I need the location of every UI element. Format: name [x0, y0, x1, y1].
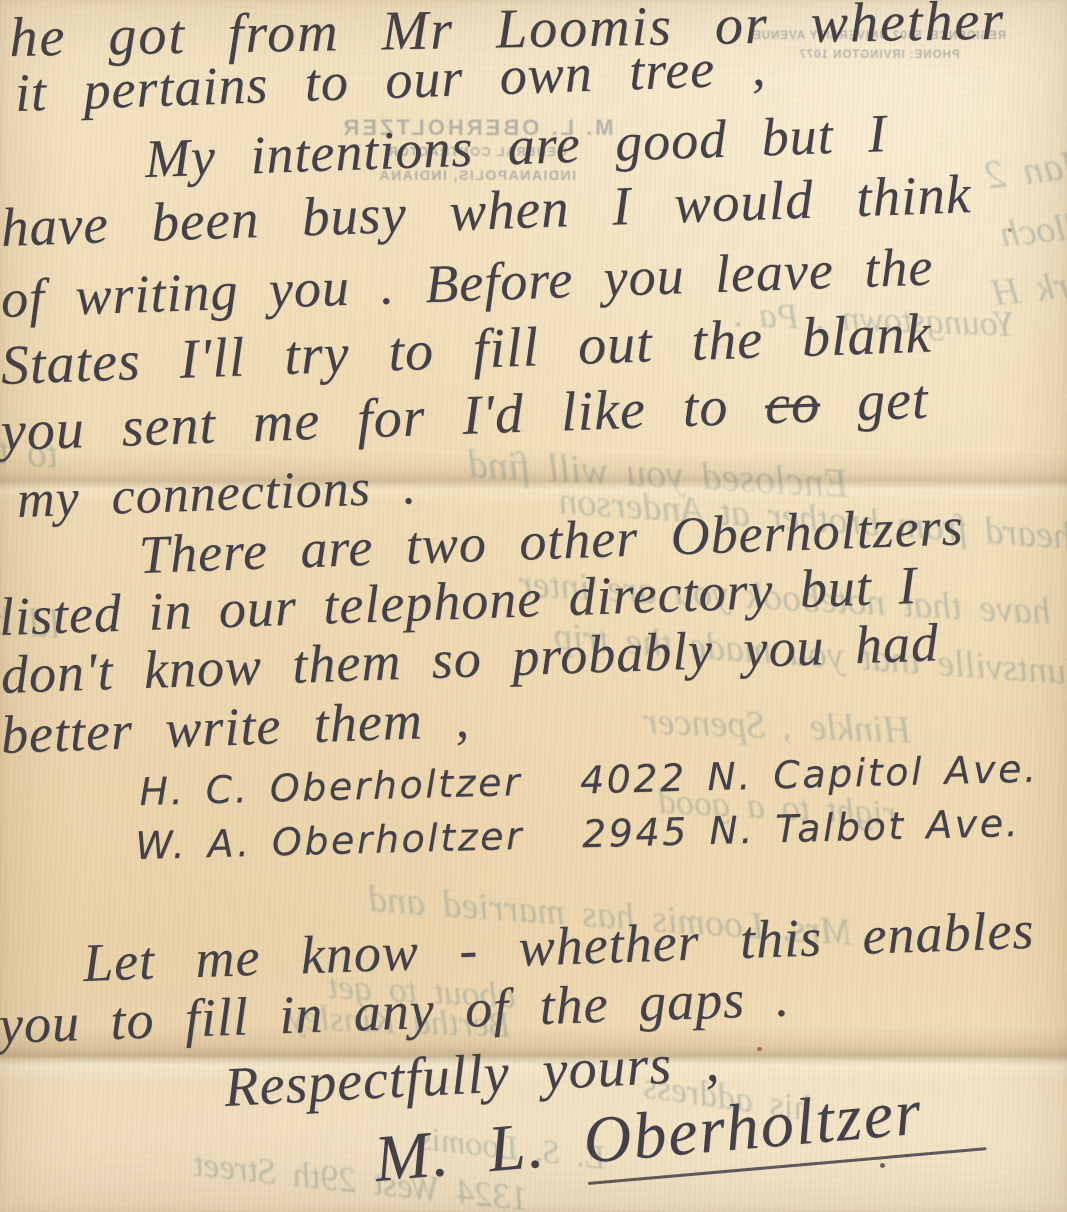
ink-speck: [880, 1163, 885, 1168]
directory-name: H. C. Oberholtzer: [139, 760, 523, 814]
column-gap: [524, 847, 582, 849]
directory-address: 4022 N. Capitol Ave.: [579, 746, 1039, 802]
bleed-through-text: Jan 2: [982, 140, 1067, 198]
directory-row: W. A. Oberholtzer2945 N. Talbot Ave.: [135, 803, 1021, 868]
column-gap: [522, 793, 580, 795]
paper-speck: [1008, 228, 1012, 232]
bleed-through-text: McCulloch: [998, 195, 1067, 256]
bleed-through-text: Hinkle , Spencer: [642, 699, 912, 752]
letter-line-segment: get: [819, 369, 930, 435]
crossed-out-word: co: [764, 372, 821, 436]
directory-address: 2945 N. Talbot Ave.: [581, 801, 1020, 856]
ink-speck: [757, 1047, 762, 1051]
letter-page: RESIDENCE, 5802 UNIVERSITY AVENUE PHONE:…: [0, 0, 1067, 1212]
directory-name: W. A. Oberholtzer: [135, 814, 525, 868]
